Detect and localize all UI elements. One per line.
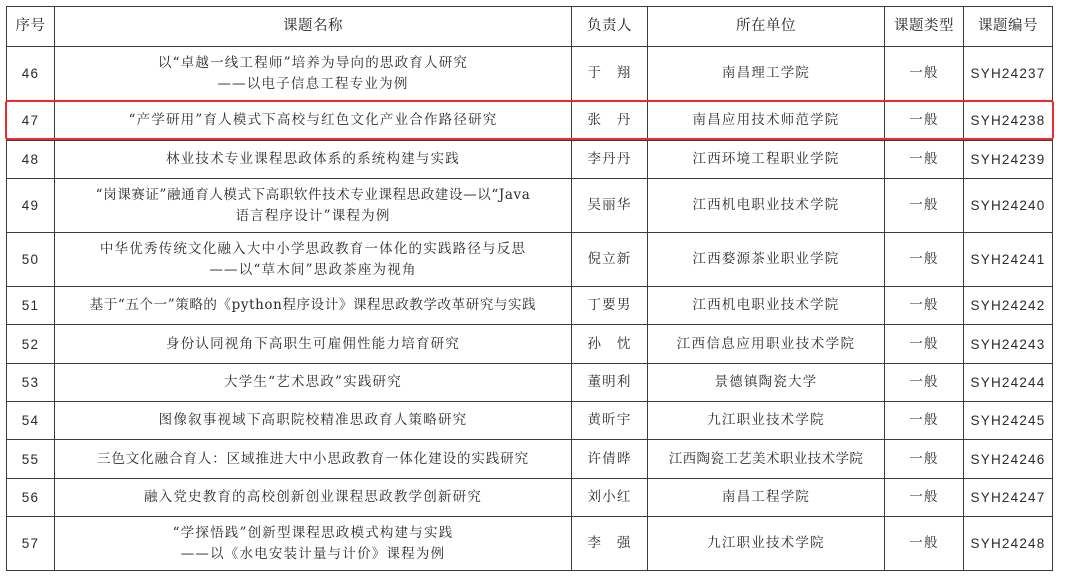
row-title: “产学研用”育人模式下高校与红色文化产业合作路径研究 [55, 101, 572, 141]
title-line: 基于“五个一”策略的《python程序设计》课程思政教学改革研究与实践 [55, 295, 571, 316]
header-code: 课题编号 [964, 7, 1053, 47]
row-person: 丁要男 [572, 287, 648, 325]
row-no: 53 [7, 364, 55, 402]
table-row: 52 身份认同视角下高职生可雇佣性能力培育研究 孙 忱 江西信息应用职业技术学院… [7, 325, 1053, 364]
row-type: 一般 [885, 179, 964, 233]
table-row: 55 三色文化融合育人：区域推进大中小思政教育一体化建设的实践研究 许倩晔 江西… [7, 440, 1053, 479]
title-line: ——以《水电安装计量与计价》课程为例 [55, 544, 571, 565]
row-title: 身份认同视角下高职生可雇佣性能力培育研究 [55, 325, 572, 364]
row-type: 一般 [885, 233, 964, 287]
row-unit: 南昌理工学院 [648, 47, 885, 101]
title-line: 林业技术专业课程思政体系的系统构建与实践 [55, 149, 571, 170]
row-person: 李 强 [572, 517, 648, 571]
row-type: 一般 [885, 287, 964, 325]
row-code: SYH24244 [964, 364, 1053, 402]
header-title: 课题名称 [55, 7, 572, 47]
title-line: 中华优秀传统文化融入大中小学思政教育一体化的实践路径与反思 [55, 239, 571, 260]
table-row: 49 “岗课赛证”融通育人模式下高职软件技术专业课程思政建设—以“Java 语言… [7, 179, 1053, 233]
row-unit: 江西陶瓷工艺美术职业技术学院 [648, 440, 885, 479]
row-code: SYH24241 [964, 233, 1053, 287]
row-code: SYH24237 [964, 47, 1053, 101]
table-row: 57 “学探悟践”创新型课程思政模式构建与实践 ——以《水电安装计量与计价》课程… [7, 517, 1053, 571]
row-title: 以“卓越一线工程师”培养为导向的思政育人研究 ——以电子信息工程专业为例 [55, 47, 572, 101]
table-row: 48 林业技术专业课程思政体系的系统构建与实践 李丹丹 江西环境工程职业学院 一… [7, 141, 1053, 179]
row-code: SYH24243 [964, 325, 1053, 364]
row-person: 李丹丹 [572, 141, 648, 179]
header-no: 序号 [7, 7, 55, 47]
header-type: 课题类型 [885, 7, 964, 47]
row-no: 46 [7, 47, 55, 101]
row-unit: 南昌工程学院 [648, 479, 885, 517]
row-unit: 九江职业技术学院 [648, 517, 885, 571]
row-unit: 江西环境工程职业学院 [648, 141, 885, 179]
row-person: 许倩晔 [572, 440, 648, 479]
row-unit: 江西信息应用职业技术学院 [648, 325, 885, 364]
row-type: 一般 [885, 364, 964, 402]
header-unit: 所在单位 [648, 7, 885, 47]
table-row: 54 图像叙事视域下高职院校精准思政育人策略研究 黄昕宇 九江职业技术学院 一般… [7, 402, 1053, 440]
row-no: 50 [7, 233, 55, 287]
row-title: “岗课赛证”融通育人模式下高职软件技术专业课程思政建设—以“Java 语言程序设… [55, 179, 572, 233]
title-line: “产学研用”育人模式下高校与红色文化产业合作路径研究 [55, 110, 571, 131]
row-type: 一般 [885, 141, 964, 179]
title-line: “岗课赛证”融通育人模式下高职软件技术专业课程思政建设—以“Java [55, 185, 571, 206]
table-row: 53 大学生“艺术思政”实践研究 董明利 景德镇陶瓷大学 一般 SYH24244 [7, 364, 1053, 402]
row-type: 一般 [885, 402, 964, 440]
row-unit: 南昌应用技术师范学院 [648, 101, 885, 141]
row-unit: 九江职业技术学院 [648, 402, 885, 440]
row-person: 董明利 [572, 364, 648, 402]
title-line: 语言程序设计”课程为例 [55, 206, 571, 227]
row-title: 中华优秀传统文化融入大中小学思政教育一体化的实践路径与反思 ——以“草木间”思政… [55, 233, 572, 287]
row-title: “学探悟践”创新型课程思政模式构建与实践 ——以《水电安装计量与计价》课程为例 [55, 517, 572, 571]
title-line: 图像叙事视域下高职院校精准思政育人策略研究 [55, 410, 571, 431]
row-type: 一般 [885, 440, 964, 479]
header-person: 负责人 [572, 7, 648, 47]
title-line: 大学生“艺术思政”实践研究 [55, 372, 571, 393]
table-row: 56 融入党史教育的高校创新创业课程思政教学创新研究 刘小红 南昌工程学院 一般… [7, 479, 1053, 517]
table-row: 50 中华优秀传统文化融入大中小学思政教育一体化的实践路径与反思 ——以“草木间… [7, 233, 1053, 287]
row-type: 一般 [885, 479, 964, 517]
row-code: SYH24240 [964, 179, 1053, 233]
row-person: 吴丽华 [572, 179, 648, 233]
row-code: SYH24238 [964, 101, 1053, 141]
row-title: 基于“五个一”策略的《python程序设计》课程思政教学改革研究与实践 [55, 287, 572, 325]
row-code: SYH24246 [964, 440, 1053, 479]
row-no: 56 [7, 479, 55, 517]
row-title: 三色文化融合育人：区域推进大中小思政教育一体化建设的实践研究 [55, 440, 572, 479]
table-row-highlighted: 47 “产学研用”育人模式下高校与红色文化产业合作路径研究 张 丹 南昌应用技术… [7, 101, 1053, 141]
title-line: 三色文化融合育人：区域推进大中小思政教育一体化建设的实践研究 [55, 449, 571, 470]
row-no: 55 [7, 440, 55, 479]
row-no: 48 [7, 141, 55, 179]
title-line: 融入党史教育的高校创新创业课程思政教学创新研究 [55, 487, 571, 508]
row-no: 52 [7, 325, 55, 364]
title-line: ——以“草木间”思政茶座为视角 [55, 260, 571, 281]
row-unit: 江西机电职业技术学院 [648, 287, 885, 325]
row-no: 57 [7, 517, 55, 571]
row-type: 一般 [885, 101, 964, 141]
title-line: ——以电子信息工程专业为例 [55, 74, 571, 95]
row-person: 倪立新 [572, 233, 648, 287]
row-code: SYH24245 [964, 402, 1053, 440]
row-unit: 江西婺源茶业职业学院 [648, 233, 885, 287]
row-title: 图像叙事视域下高职院校精准思政育人策略研究 [55, 402, 572, 440]
row-person: 黄昕宇 [572, 402, 648, 440]
row-code: SYH24248 [964, 517, 1053, 571]
row-no: 47 [7, 101, 55, 141]
row-type: 一般 [885, 325, 964, 364]
row-person: 张 丹 [572, 101, 648, 141]
project-list-table: 序号 课题名称 负责人 所在单位 课题类型 课题编号 46 以“卓越一线工程师”… [6, 6, 1053, 571]
row-unit: 景德镇陶瓷大学 [648, 364, 885, 402]
title-line: 身份认同视角下高职生可雇佣性能力培育研究 [55, 334, 571, 355]
title-line: “学探悟践”创新型课程思政模式构建与实践 [55, 523, 571, 544]
row-title: 大学生“艺术思政”实践研究 [55, 364, 572, 402]
row-title: 林业技术专业课程思政体系的系统构建与实践 [55, 141, 572, 179]
table-row: 46 以“卓越一线工程师”培养为导向的思政育人研究 ——以电子信息工程专业为例 … [7, 47, 1053, 101]
row-person: 刘小红 [572, 479, 648, 517]
row-type: 一般 [885, 47, 964, 101]
row-title: 融入党史教育的高校创新创业课程思政教学创新研究 [55, 479, 572, 517]
row-unit: 江西机电职业技术学院 [648, 179, 885, 233]
row-code: SYH24239 [964, 141, 1053, 179]
table-header-row: 序号 课题名称 负责人 所在单位 课题类型 课题编号 [7, 7, 1053, 47]
row-type: 一般 [885, 517, 964, 571]
title-line: 以“卓越一线工程师”培养为导向的思政育人研究 [55, 53, 571, 74]
row-no: 54 [7, 402, 55, 440]
row-person: 于 翔 [572, 47, 648, 101]
row-code: SYH24242 [964, 287, 1053, 325]
table-row: 51 基于“五个一”策略的《python程序设计》课程思政教学改革研究与实践 丁… [7, 287, 1053, 325]
row-code: SYH24247 [964, 479, 1053, 517]
row-no: 51 [7, 287, 55, 325]
row-no: 49 [7, 179, 55, 233]
row-person: 孙 忱 [572, 325, 648, 364]
